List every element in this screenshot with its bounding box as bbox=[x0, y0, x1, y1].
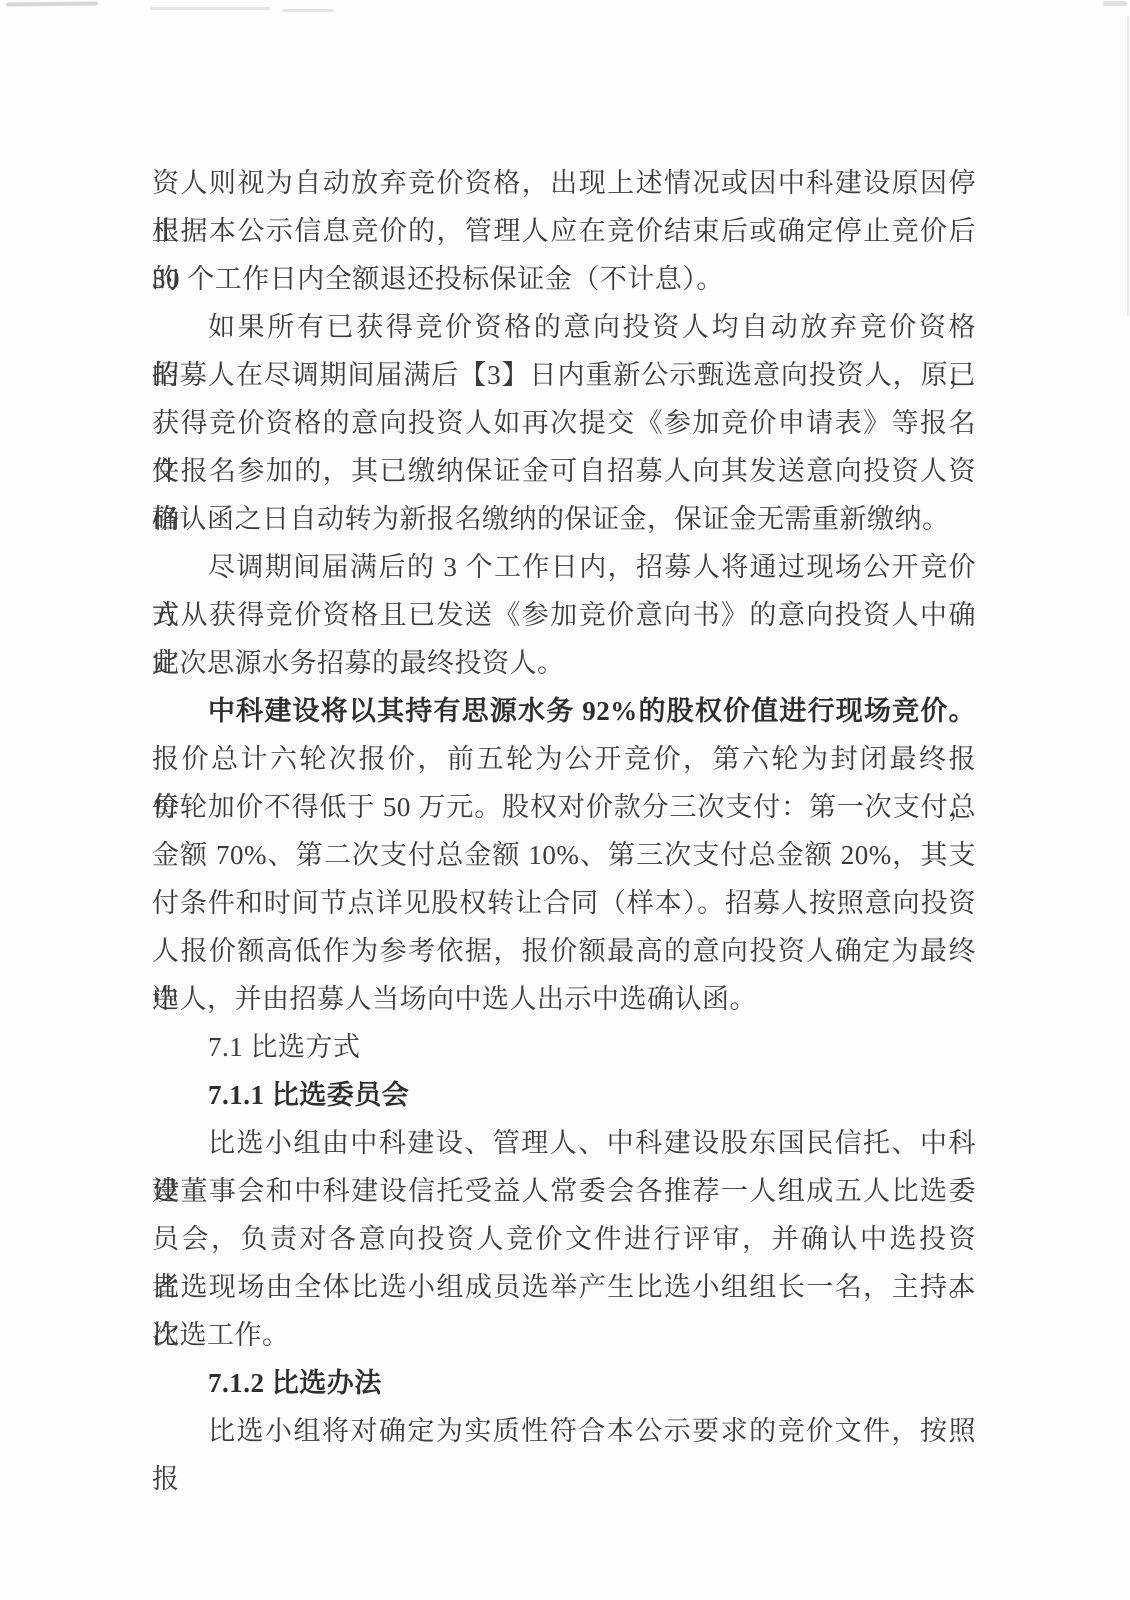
document-text-block: 资人则视为自动放弃竞价资格，出现上述情况或因中科建设原因停止根据本公示信息竞价的… bbox=[152, 159, 976, 1455]
scan-artifact bbox=[1103, 1, 1127, 6]
text-line: 获得竞价资格的意向投资人如再次提交《参加竞价申请表》等报名文 bbox=[152, 399, 976, 447]
text-line: 资人则视为自动放弃竞价资格，出现上述情况或因中科建设原因停止 bbox=[152, 159, 976, 207]
document-page: 资人则视为自动放弃竞价资格，出现上述情况或因中科建设原因停止根据本公示信息竞价的… bbox=[0, 0, 1130, 1600]
text-line: 中科建设将以其持有思源水务 92%的股权价值进行现场竞价。 bbox=[152, 687, 976, 735]
text-line: 7.1.1 比选委员会 bbox=[152, 1071, 976, 1119]
text-line: 比选现场由全体比选小组成员选举产生比选小组组长一名，主持本次 bbox=[152, 1263, 976, 1311]
text-line: 尽调期间届满后的 3 个工作日内，招募人将通过现场公开竞价方 bbox=[152, 543, 976, 591]
text-line: 金额 70%、第二次支付总金额 10%、第三次支付总金额 20%，其支 bbox=[152, 831, 976, 879]
text-line: 件报名参加的，其已缴纳保证金可自招募人向其发送意向投资人资格 bbox=[152, 447, 976, 495]
text-line: 比选小组由中科建设、管理人、中科建设股东国民信托、中科建 bbox=[152, 1119, 976, 1167]
text-line: 根据本公示信息竞价的，管理人应在竞价结束后或确定停止竞价后的 bbox=[152, 207, 976, 255]
scan-artifact bbox=[6, 2, 98, 7]
text-line: 确认函之日自动转为新报名缴纳的保证金，保证金无需重新缴纳。 bbox=[152, 495, 976, 543]
text-line: 每轮加价不得低于 50 万元。股权对价款分三次支付：第一次支付总 bbox=[152, 783, 976, 831]
text-line: 7.1 比选方式 bbox=[152, 1023, 976, 1071]
text-line: 报价总计六轮次报价，前五轮为公开竞价，第六轮为封闭最终报价， bbox=[152, 735, 976, 783]
text-line: 式从获得竞价资格且已发送《参加竞价意向书》的意向投资人中确定 bbox=[152, 591, 976, 639]
scan-artifact bbox=[282, 9, 334, 12]
text-line: 30 个工作日内全额退还投标保证金（不计息）。 bbox=[152, 255, 976, 303]
text-line: 人报价额高低作为参考依据，报价额最高的意向投资人确定为最终中 bbox=[152, 927, 976, 975]
text-line: 此次思源水务招募的最终投资人。 bbox=[152, 639, 976, 687]
text-line: 招募人在尽调期间届满后【3】日内重新公示甄选意向投资人，原已 bbox=[152, 351, 976, 399]
text-line: 7.1.2 比选办法 bbox=[152, 1359, 976, 1407]
text-line: 付条件和时间节点详见股权转让合同（样本）。招募人按照意向投资 bbox=[152, 879, 976, 927]
text-line: 比选工作。 bbox=[152, 1311, 976, 1359]
text-line: 设董事会和中科建设信托受益人常委会各推荐一人组成五人比选委 bbox=[152, 1167, 976, 1215]
text-line: 员会，负责对各意向投资人竞价文件进行评审，并确认中选投资者。 bbox=[152, 1215, 976, 1263]
text-line: 比选小组将对确定为实质性符合本公示要求的竞价文件，按照报 bbox=[152, 1407, 976, 1455]
text-line: 如果所有已获得竞价资格的意向投资人均自动放弃竞价资格的， bbox=[152, 303, 976, 351]
scan-artifact bbox=[150, 7, 270, 10]
scan-artifact bbox=[1127, 16, 1129, 316]
text-line: 选人，并由招募人当场向中选人出示中选确认函。 bbox=[152, 975, 976, 1023]
